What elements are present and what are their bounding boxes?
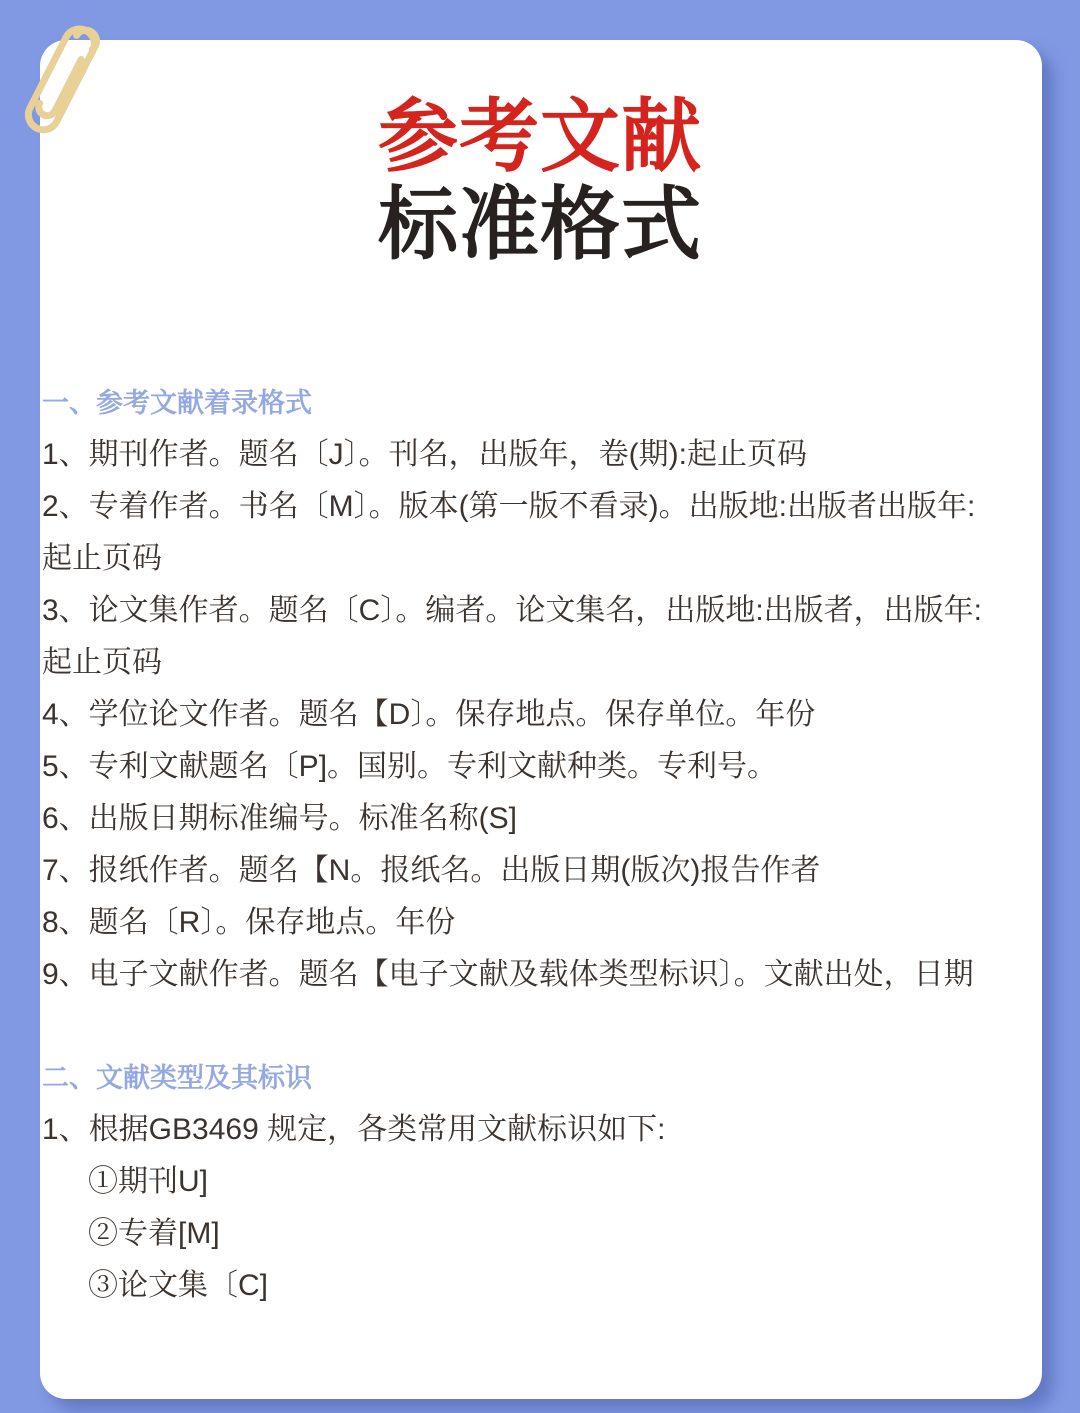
section-reference-format: 一、参考文献着录格式 1、期刊作者。题名〔J〕。刊名，出版年，卷(期):起止页码…	[42, 377, 982, 1001]
section-document-types: 二、文献类型及其标识 1、根据GB3469 规定，各类常用文献标识如下: ①期刊…	[42, 1052, 982, 1312]
list-line: 4、学位论文作者。题名【D〕。保存地点。保存单位。年份	[42, 689, 982, 741]
poster: 参考文献 标准格式 一、参考文献着录格式 1、期刊作者。题名〔J〕。刊名，出版年…	[0, 0, 1080, 1413]
title-line-2: 标准格式	[0, 181, 1080, 269]
sub-list-line: ③论文集〔C]	[42, 1260, 982, 1312]
section-heading: 二、文献类型及其标识	[42, 1052, 982, 1104]
list-line: 1、期刊作者。题名〔J〕。刊名，出版年，卷(期):起止页码	[42, 429, 982, 481]
list-line: 8、题名〔R〕。保存地点。年份	[42, 897, 982, 949]
list-line: 9、电子文献作者。题名【电子文献及载体类型标识〕。文献出处，日期	[42, 949, 982, 1001]
section-heading: 一、参考文献着录格式	[42, 377, 982, 429]
list-line: 起止页码	[42, 533, 982, 585]
list-line: 3、论文集作者。题名〔C〕。编者。论文集名，出版地:出版者，出版年:	[42, 585, 982, 637]
list-line: 2、专着作者。书名〔M〕。版本(第一版不看录)。出版地:出版者出版年:	[42, 481, 982, 533]
page-title: 参考文献 标准格式	[0, 93, 1080, 269]
title-line-1: 参考文献	[0, 93, 1080, 181]
sub-list-line: ②专着[M]	[42, 1208, 982, 1260]
body-text: 一、参考文献着录格式 1、期刊作者。题名〔J〕。刊名，出版年，卷(期):起止页码…	[42, 377, 982, 1312]
sub-list-line: ①期刊U]	[42, 1156, 982, 1208]
list-line: 1、根据GB3469 规定，各类常用文献标识如下:	[42, 1104, 982, 1156]
list-line: 5、专利文献题名〔P]。国别。专利文献种类。专利号。	[42, 741, 982, 793]
list-line: 起止页码	[42, 637, 982, 689]
list-line: 6、出版日期标准编号。标准名称(S]	[42, 793, 982, 845]
list-line: 7、报纸作者。题名【N。报纸名。出版日期(版次)报告作者	[42, 845, 982, 897]
